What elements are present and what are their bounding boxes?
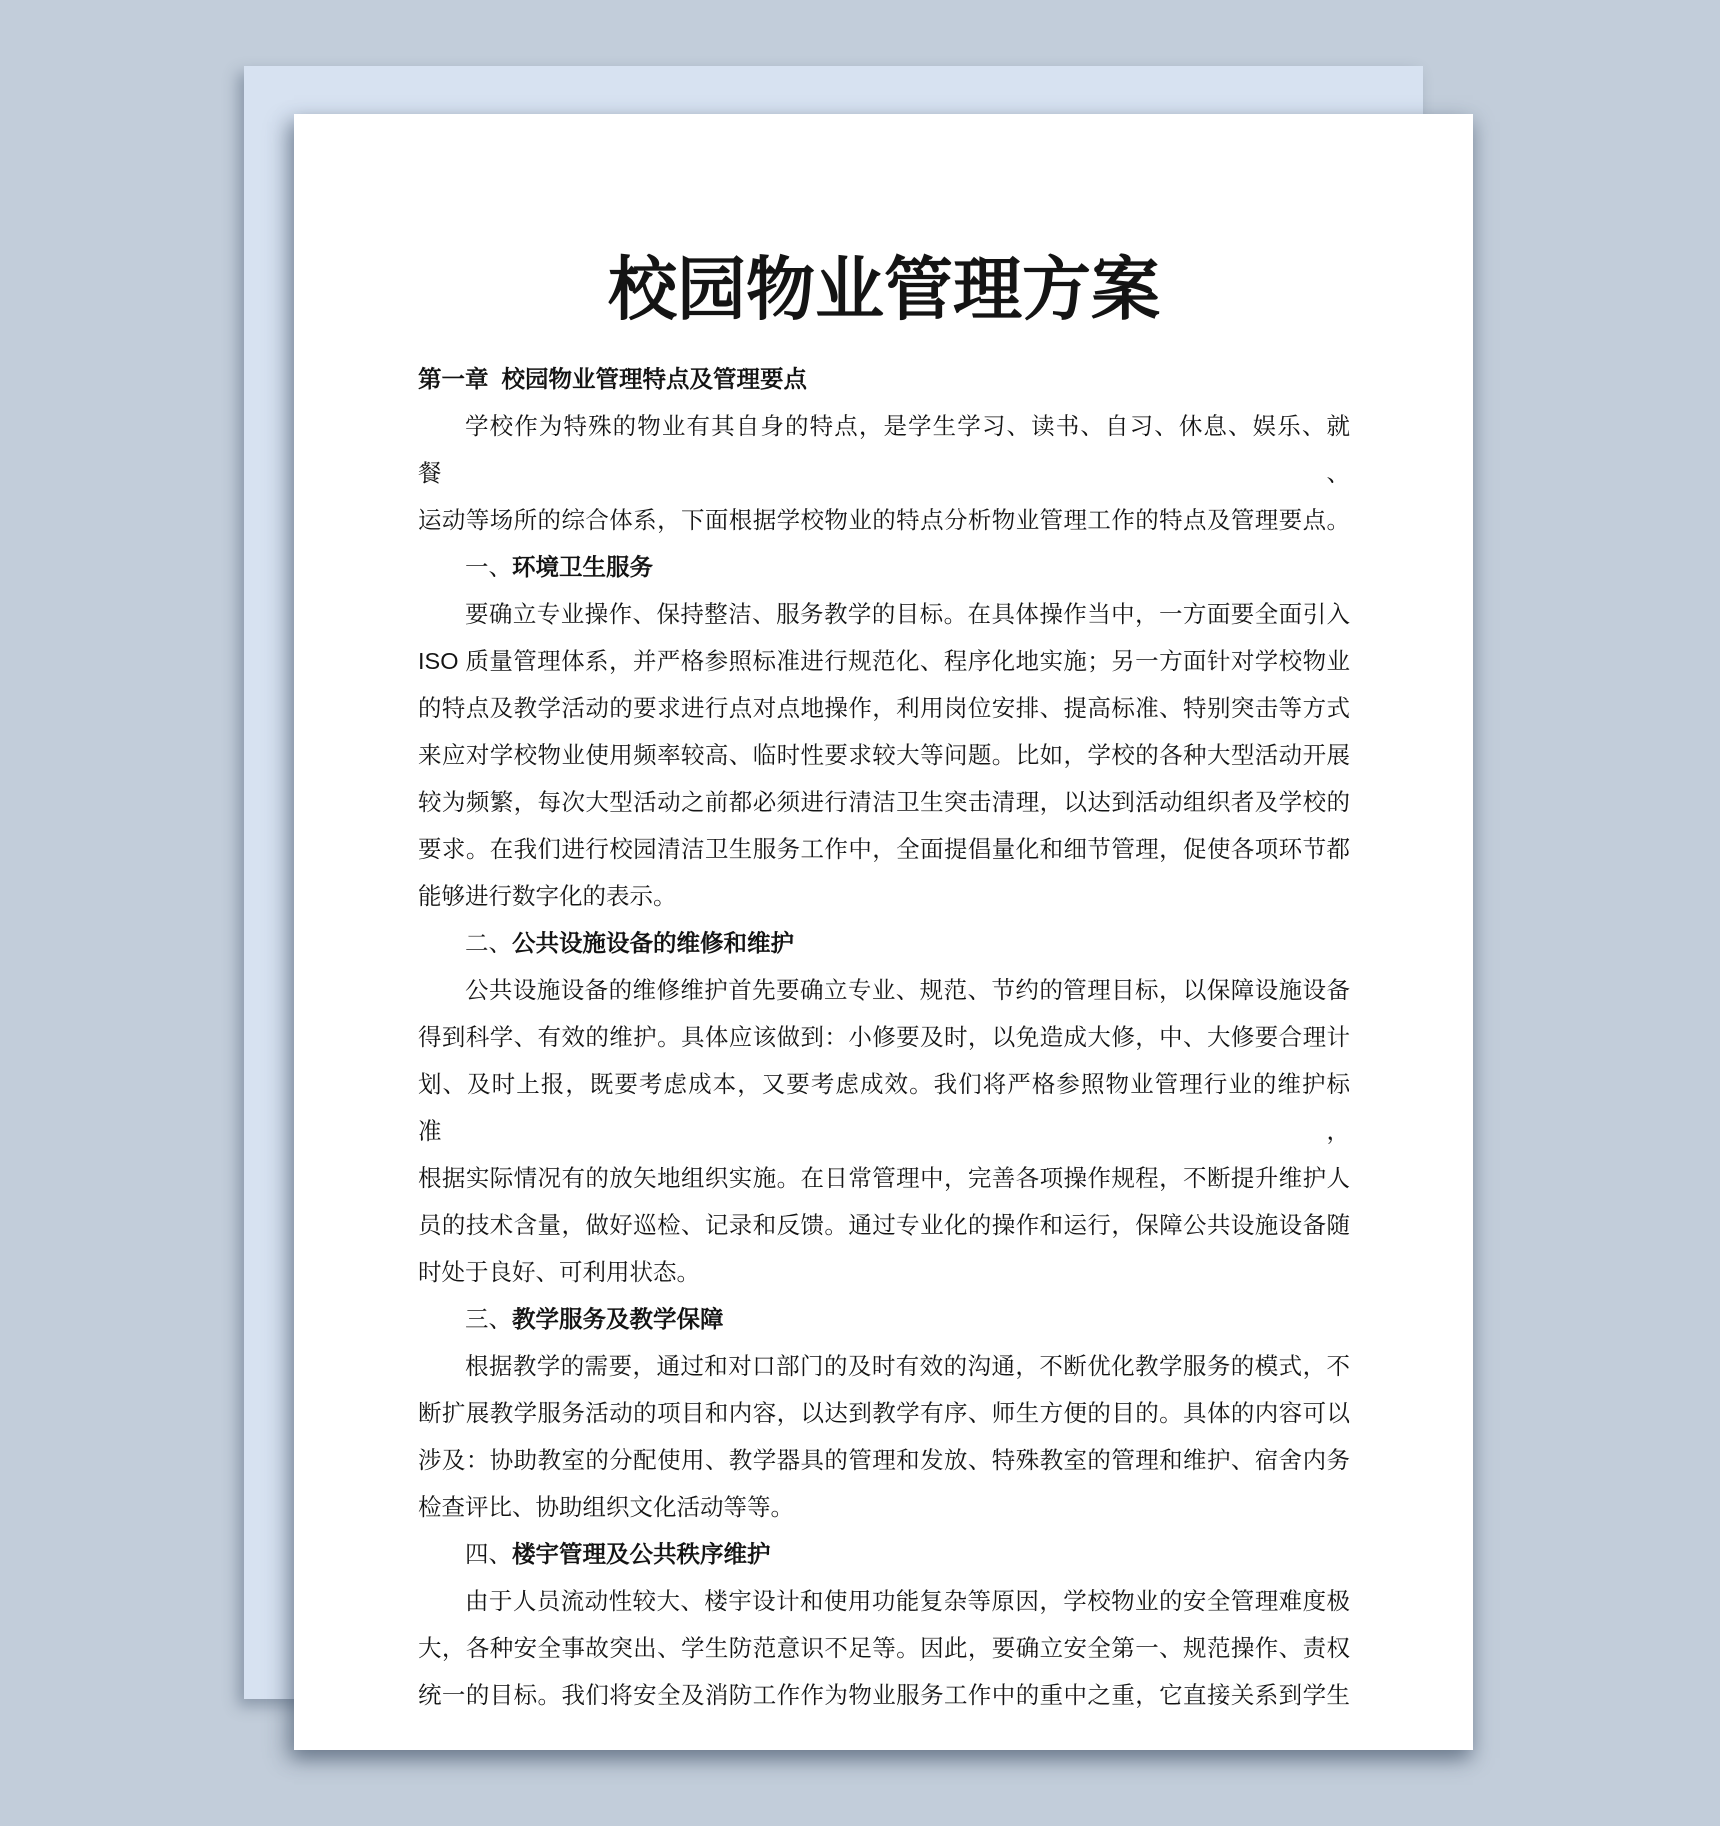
text-line: 学校作为特殊的物业有其自身的特点，是学生学习、读书、自习、休息、娱乐、就餐、 — [418, 403, 1350, 497]
text-line: ISO 质量管理体系，并严格参照标准进行规范化、程序化地实施；另一方面针对学校物… — [418, 638, 1350, 685]
subhead-label: 环境卫生服务 — [512, 554, 653, 580]
subhead-label: 教学服务及教学保障 — [512, 1306, 724, 1332]
text-line: 由于人员流动性较大、楼宇设计和使用功能复杂等原因，学校物业的安全管理难度极 — [418, 1578, 1350, 1625]
text-line: 较为频繁，每次大型活动之前都必须进行清洁卫生突击清理，以达到活动组织者及学校的 — [418, 779, 1350, 826]
text-line: 大，各种安全事故突出、学生防范意识不足等。因此，要确立安全第一、规范操作、责权 — [418, 1625, 1350, 1672]
subhead-prefix: 三、 — [465, 1306, 512, 1332]
chapter-heading: 第一章 校园物业管理特点及管理要点 — [418, 356, 1350, 403]
subhead-label: 楼宇管理及公共秩序维护 — [512, 1541, 771, 1567]
document-title: 校园物业管理方案 — [418, 254, 1350, 326]
text-line: 检查评比、协助组织文化活动等等。 — [418, 1484, 1350, 1531]
section-subhead: 三、教学服务及教学保障 — [418, 1296, 1350, 1343]
text-line: 统一的目标。我们将安全及消防工作作为物业服务工作中的重中之重，它直接关系到学生 — [418, 1672, 1350, 1719]
text-line: 划、及时上报，既要考虑成本，又要考虑成效。我们将严格参照物业管理行业的维护标准， — [418, 1061, 1350, 1155]
subhead-label: 公共设施设备的维修和维护 — [512, 930, 794, 956]
text-line: 运动等场所的综合体系，下面根据学校物业的特点分析物业管理工作的特点及管理要点。 — [418, 497, 1350, 544]
subhead-prefix: 一、 — [465, 554, 512, 580]
text-line: 公共设施设备的维修维护首先要确立专业、规范、节约的管理目标，以保障设施设备 — [418, 967, 1350, 1014]
text-line: 要求。在我们进行校园清洁卫生服务工作中，全面提倡量化和细节管理，促使各项环节都 — [418, 826, 1350, 873]
text-line: 的特点及教学活动的要求进行点对点地操作，利用岗位安排、提高标准、特别突击等方式 — [418, 685, 1350, 732]
text-line: 根据教学的需要，通过和对口部门的及时有效的沟通，不断优化教学服务的模式，不 — [418, 1343, 1350, 1390]
document-page: 校园物业管理方案 第一章 校园物业管理特点及管理要点 学校作为特殊的物业有其自身… — [294, 114, 1473, 1750]
text-line: 来应对学校物业使用频率较高、临时性要求较大等问题。比如，学校的各种大型活动开展 — [418, 732, 1350, 779]
text-line: 要确立专业操作、保持整洁、服务教学的目标。在具体操作当中，一方面要全面引入 — [418, 591, 1350, 638]
section-subhead: 四、楼宇管理及公共秩序维护 — [418, 1531, 1350, 1578]
text-line: 涉及：协助教室的分配使用、教学器具的管理和发放、特殊教室的管理和维护、宿舍内务 — [418, 1437, 1350, 1484]
section-subhead: 一、环境卫生服务 — [418, 544, 1350, 591]
text-line: 根据实际情况有的放矢地组织实施。在日常管理中，完善各项操作规程，不断提升维护人 — [418, 1155, 1350, 1202]
subhead-prefix: 四、 — [465, 1541, 512, 1567]
section-subhead: 二、公共设施设备的维修和维护 — [418, 920, 1350, 967]
preview-background: 校园物业管理方案 第一章 校园物业管理特点及管理要点 学校作为特殊的物业有其自身… — [0, 0, 1720, 1826]
text-line: 能够进行数字化的表示。 — [418, 873, 1350, 920]
text-line: 员的技术含量，做好巡检、记录和反馈。通过专业化的操作和运行，保障公共设施设备随 — [418, 1202, 1350, 1249]
text-line: 断扩展教学服务活动的项目和内容，以达到教学有序、师生方便的目的。具体的内容可以 — [418, 1390, 1350, 1437]
document-body: 第一章 校园物业管理特点及管理要点 学校作为特殊的物业有其自身的特点，是学生学习… — [418, 356, 1350, 1719]
subhead-prefix: 二、 — [465, 930, 512, 956]
text-line: 得到科学、有效的维护。具体应该做到：小修要及时，以免造成大修，中、大修要合理计 — [418, 1014, 1350, 1061]
text-line: 时处于良好、可利用状态。 — [418, 1249, 1350, 1296]
